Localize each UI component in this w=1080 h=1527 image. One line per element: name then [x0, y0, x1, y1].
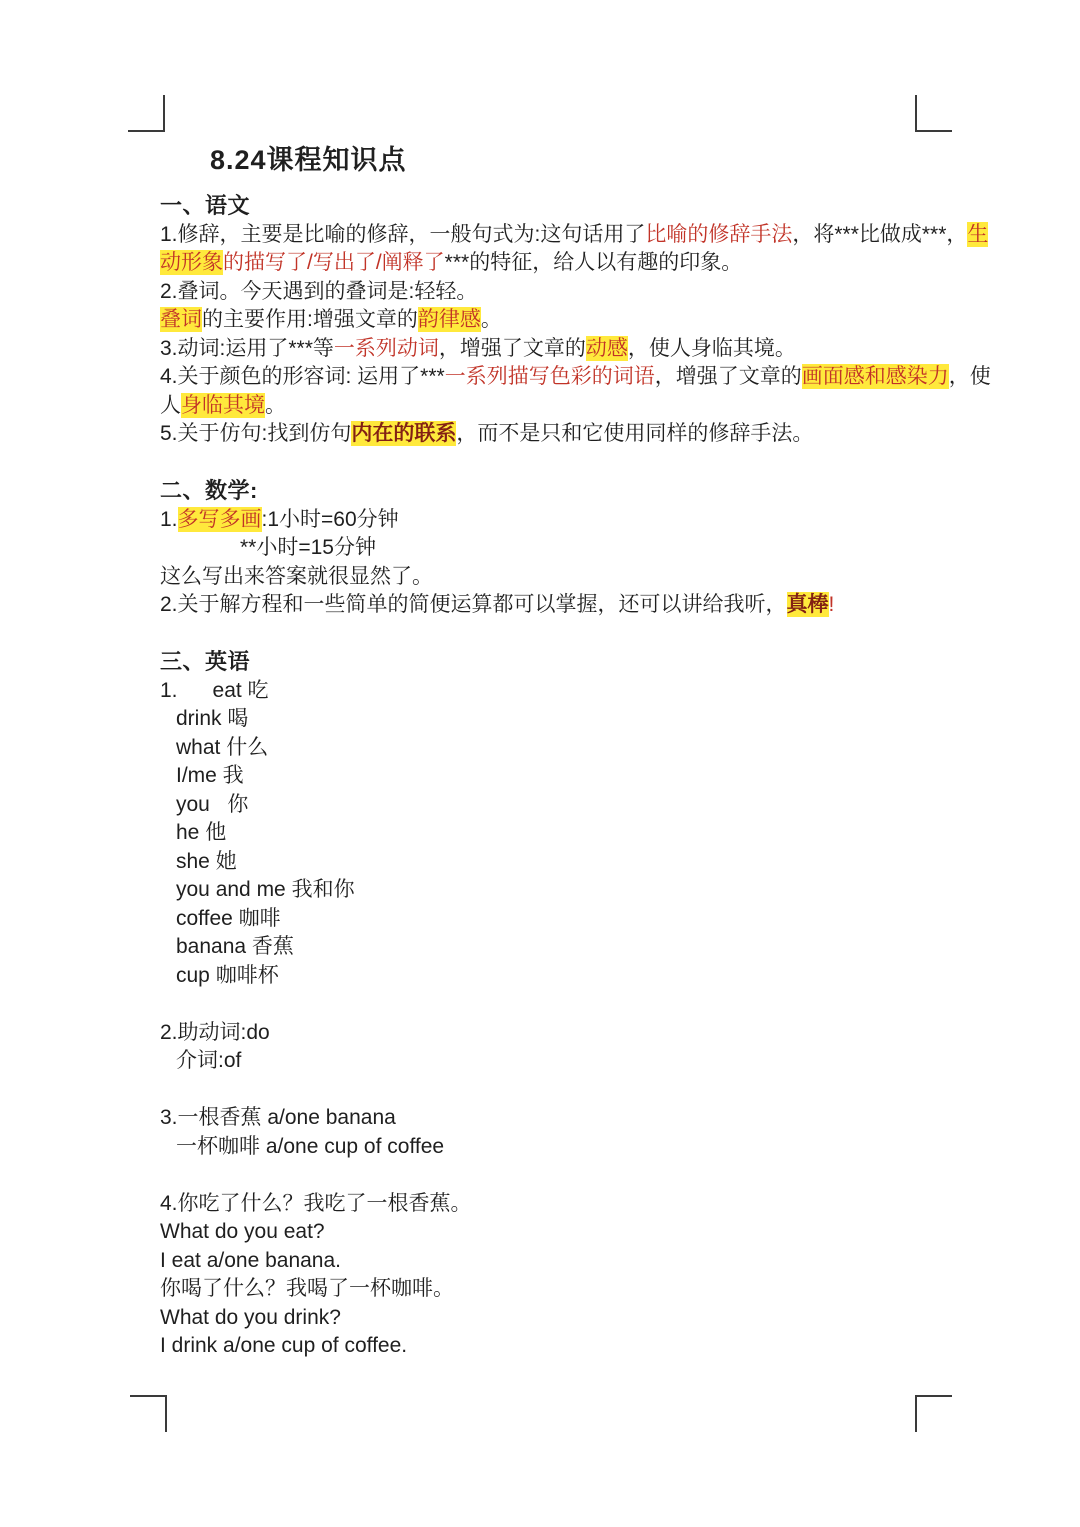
- section-heading: 三、英语: [160, 648, 950, 677]
- text-segment: 介词:of: [176, 1049, 241, 1072]
- section-1: 一、语文1.修辞，主要是比喻的修辞，一般句式为:这句话用了比喻的修辞手法，将**…: [160, 192, 950, 449]
- document-line: 4.你吃了什么？我吃了一根香蕉。: [160, 1190, 950, 1219]
- section-heading: 二、数学:: [160, 477, 950, 506]
- text-segment: 1.修辞，主要是比喻的修辞，一般句式为:这句话用了: [160, 223, 645, 246]
- document-line: What do you drink?: [160, 1304, 950, 1333]
- document-line: what 什么: [160, 734, 950, 763]
- emphasis-text-segment: 真棒: [787, 592, 829, 617]
- document-line: 5.关于仿句:找到仿句内在的联系，而不是只和它使用同样的修辞手法。: [160, 420, 950, 449]
- document-line: 你喝了什么？我喝了一杯咖啡。: [160, 1275, 950, 1304]
- document-line: 2.助动词:do: [160, 1019, 950, 1048]
- document-line: 这么写出来答案就很显然了。: [160, 563, 950, 592]
- emphasis-text-segment: 一系列描写色彩的词语: [445, 365, 655, 388]
- document-line: 1. eat 吃: [160, 677, 950, 706]
- text-segment: **小时=15分钟: [240, 536, 376, 559]
- text-segment: you and me 我和你: [176, 878, 355, 901]
- emphasis-text-segment: 比喻的修辞手法: [645, 223, 792, 246]
- document-line: I/me 我: [160, 762, 950, 791]
- emphasis-text-segment: 的描写了/写出了/阐释了: [223, 251, 445, 274]
- text-segment: 。: [481, 308, 502, 331]
- document-line: she 她: [160, 848, 950, 877]
- document-line: 3.一根香蕉 a/one banana: [160, 1104, 950, 1133]
- section-3: 三、英语1. eat 吃drink 喝what 什么I/me 我you 你he …: [160, 648, 950, 1361]
- document-line: 人身临其境。: [160, 392, 950, 421]
- text-segment: :1小时=60分钟: [262, 508, 399, 531]
- document-line: 4.关于颜色的形容词: 运用了***一系列描写色彩的词语，增强了文章的画面感和感…: [160, 363, 950, 392]
- emphasis-text-segment: 一系列动词: [334, 337, 439, 360]
- emphasis-text-segment: 多写多画: [178, 507, 262, 532]
- emphasis-text-segment: 叠词: [160, 307, 202, 332]
- emphasis-text-segment: 韵律感: [418, 307, 481, 332]
- emphasis-text-segment: 生: [967, 222, 988, 247]
- text-segment: 这么写出来答案就很显然了。: [160, 565, 433, 588]
- emphasis-text-segment: 画面感和感染力: [802, 364, 949, 389]
- text-segment: 1. eat 吃: [160, 679, 269, 702]
- text-segment: ，将***比做成***，: [792, 223, 967, 246]
- emphasis-text-segment: 身临其境: [181, 393, 265, 418]
- text-segment: 你喝了什么？我喝了一杯咖啡。: [160, 1277, 454, 1300]
- text-segment: ，使人身临其境。: [628, 337, 796, 360]
- document-line: 3.动词:运用了***等一系列动词，增强了文章的动感，使人身临其境。: [160, 335, 950, 364]
- document-line: 1.修辞，主要是比喻的修辞，一般句式为:这句话用了比喻的修辞手法，将***比做成…: [160, 221, 950, 250]
- crop-mark-top-right-icon: [915, 95, 952, 132]
- document-line: 2.关于解方程和一些简单的简便运算都可以掌握，还可以讲给我听，真棒!: [160, 591, 950, 620]
- document-line: you 你: [160, 791, 950, 820]
- text-segment: you 你: [176, 793, 248, 816]
- blank-line: [160, 1161, 950, 1190]
- document-line: 一杯咖啡 a/one cup of coffee: [160, 1133, 950, 1162]
- text-segment: drink 喝: [176, 707, 248, 730]
- text-segment: What do you eat?: [160, 1220, 325, 1243]
- emphasis-text-segment: 动形象: [160, 250, 223, 275]
- text-segment: ，而不是只和它使用同样的修辞手法。: [456, 422, 813, 445]
- text-segment: cup 咖啡杯: [176, 964, 279, 987]
- text-segment: 2.关于解方程和一些简单的简便运算都可以掌握，还可以讲给我听，: [160, 593, 787, 616]
- crop-mark-bottom-right-icon: [915, 1395, 952, 1432]
- document-line: 叠词的主要作用:增强文章的韵律感。: [160, 306, 950, 335]
- document-line: I eat a/one banana.: [160, 1247, 950, 1276]
- text-segment: 4.你吃了什么？我吃了一根香蕉。: [160, 1192, 472, 1215]
- crop-mark-top-left-icon: [128, 95, 165, 132]
- text-segment: he 他: [176, 821, 226, 844]
- emphasis-text-segment: 内在的联系: [351, 421, 456, 446]
- document-line: 2.叠词。今天遇到的叠词是:轻轻。: [160, 278, 950, 307]
- document-line: coffee 咖啡: [160, 905, 950, 934]
- text-segment: 。: [265, 394, 286, 417]
- text-segment: 4.关于颜色的形容词: 运用了***: [160, 365, 445, 388]
- document-line: I drink a/one cup of coffee.: [160, 1332, 950, 1361]
- text-segment: I eat a/one banana.: [160, 1249, 341, 1272]
- document-line: **小时=15分钟: [160, 534, 950, 563]
- text-segment: 的主要作用:增强文章的: [202, 308, 418, 331]
- document-line: you and me 我和你: [160, 876, 950, 905]
- text-segment: ，增强了文章的: [439, 337, 586, 360]
- document-line: 介词:of: [160, 1047, 950, 1076]
- document-line: 动形象的描写了/写出了/阐释了***的特征，给人以有趣的印象。: [160, 249, 950, 278]
- text-segment: 人: [160, 394, 181, 417]
- text-segment: ***的特征，给人以有趣的印象。: [445, 251, 743, 274]
- text-segment: what 什么: [176, 736, 268, 759]
- document-title: 8.24课程知识点: [210, 142, 950, 178]
- text-segment: banana 香蕉: [176, 935, 294, 958]
- document-content: 8.24课程知识点 一、语文1.修辞，主要是比喻的修辞，一般句式为:这句话用了比…: [160, 142, 950, 1361]
- text-segment: What do you drink?: [160, 1306, 341, 1329]
- document-line: he 他: [160, 819, 950, 848]
- emphasis-text-segment: !: [829, 593, 835, 616]
- document-line: What do you eat?: [160, 1218, 950, 1247]
- text-segment: ，使: [949, 365, 991, 388]
- blank-line: [160, 990, 950, 1019]
- text-segment: I drink a/one cup of coffee.: [160, 1334, 407, 1357]
- crop-mark-bottom-left-icon: [130, 1395, 167, 1432]
- document-line: cup 咖啡杯: [160, 962, 950, 991]
- text-segment: 3.一根香蕉 a/one banana: [160, 1106, 396, 1129]
- text-segment: 2.助动词:do: [160, 1021, 270, 1044]
- text-segment: she 她: [176, 850, 237, 873]
- text-segment: coffee 咖啡: [176, 907, 281, 930]
- section-heading: 一、语文: [160, 192, 950, 221]
- text-segment: 1.: [160, 508, 178, 531]
- text-segment: 5.关于仿句:找到仿句: [160, 422, 351, 445]
- text-segment: I/me 我: [176, 764, 244, 787]
- text-segment: ，增强了文章的: [655, 365, 802, 388]
- text-segment: 一杯咖啡 a/one cup of coffee: [176, 1135, 444, 1158]
- document-line: drink 喝: [160, 705, 950, 734]
- text-segment: 3.动词:运用了***等: [160, 337, 334, 360]
- document-line: banana 香蕉: [160, 933, 950, 962]
- document-line: 1.多写多画:1小时=60分钟: [160, 506, 950, 535]
- section-2: 二、数学:1.多写多画:1小时=60分钟**小时=15分钟这么写出来答案就很显然…: [160, 477, 950, 620]
- document-page: 8.24课程知识点 一、语文1.修辞，主要是比喻的修辞，一般句式为:这句话用了比…: [0, 0, 1080, 1527]
- emphasis-text-segment: 动感: [586, 336, 628, 361]
- text-segment: 2.叠词。今天遇到的叠词是:轻轻。: [160, 280, 477, 303]
- blank-line: [160, 1076, 950, 1105]
